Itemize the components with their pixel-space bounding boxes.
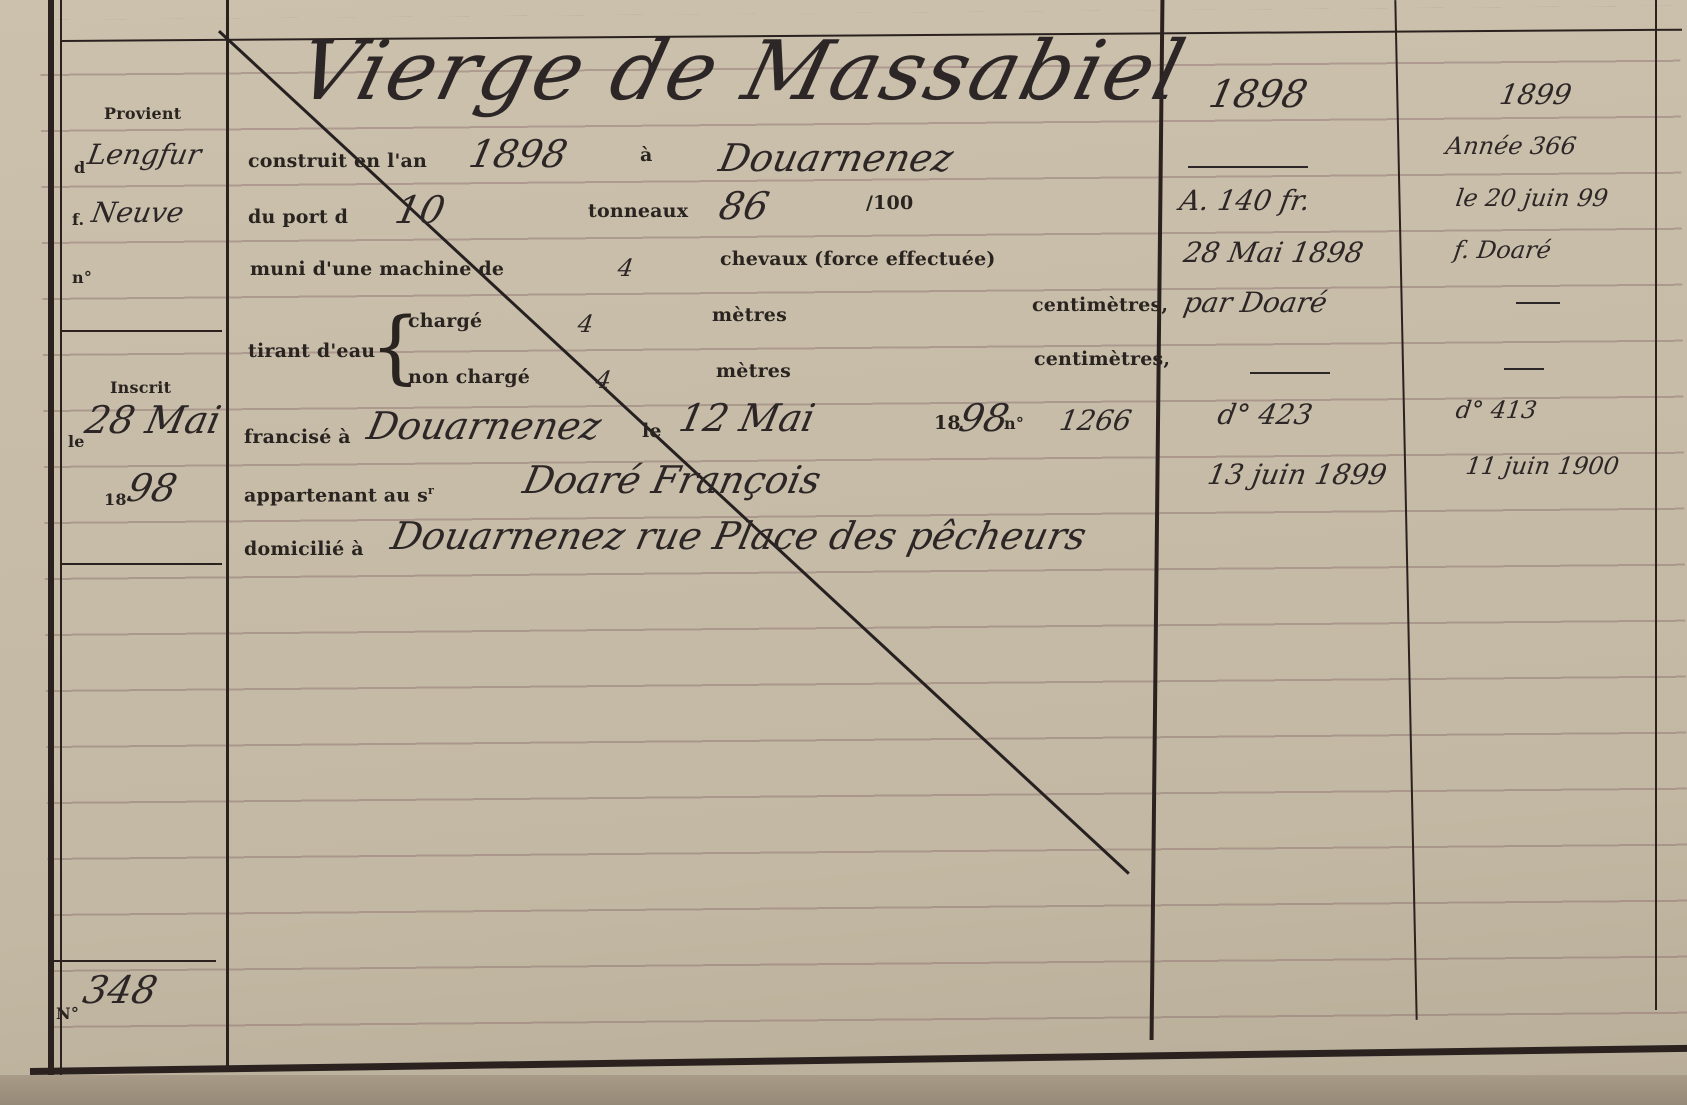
provient-d-prefix: d	[74, 158, 85, 177]
tirant-label: tirant d'eau	[248, 340, 375, 362]
charge-unit-centimetres: centimètres,	[1032, 294, 1168, 316]
chevaux-label: chevaux (force effectuée)	[720, 248, 996, 270]
inner-border-left	[60, 0, 62, 1075]
ledger-page: Provient d Lengfur f. Neuve n° Inscrit l…	[0, 0, 1687, 1105]
provient-n-prefix: n°	[72, 268, 92, 287]
construit-year: 1898	[465, 132, 571, 176]
page-edge-shadow	[0, 1075, 1687, 1105]
provient-d-value: Lengfur	[85, 138, 204, 171]
domicile-label: domicilié à	[244, 538, 364, 560]
francise-le-label: le	[642, 420, 662, 442]
column-1898-flourish	[1188, 166, 1308, 168]
column-1899-year: 1899	[1497, 78, 1574, 111]
left-section-rule-2	[62, 563, 222, 565]
inscrit-date: 28 Mai	[81, 398, 225, 442]
column-1899-line-4: d° 413	[1454, 396, 1539, 424]
tonneaux-value: 86	[715, 184, 773, 228]
provient-f-prefix: f.	[72, 210, 84, 229]
column-1898-line-2: 28 Mai 1898	[1181, 236, 1366, 269]
domicile-value: Douarnenez rue Place des pêcheurs	[387, 514, 1090, 558]
inscrit-label: Inscrit	[110, 378, 171, 397]
tonneaux-label: tonneaux	[588, 200, 688, 222]
column-1898-line-1: A. 140 fr.	[1177, 184, 1313, 217]
francise-date: 12 Mai	[675, 396, 819, 440]
number-prefix: N°	[56, 1004, 79, 1023]
port-label: du port d	[248, 206, 348, 228]
francise-label: francisé à	[244, 426, 351, 448]
francise-no-prefix: n°	[1004, 414, 1024, 433]
column-1899-dash-1	[1516, 302, 1560, 304]
column-1898-year: 1898	[1205, 72, 1311, 116]
francise-no-value: 1266	[1057, 404, 1134, 437]
column-1899-line-1: Année 366	[1444, 132, 1578, 160]
column-divider-4	[1655, 0, 1657, 1010]
column-1899-line-5: 11 juin 1900	[1464, 452, 1621, 480]
column-divider-1	[226, 0, 229, 1070]
machine-label: muni d'une machine de	[250, 258, 504, 280]
left-section-rule-1	[62, 330, 222, 332]
port-value: 10	[391, 188, 449, 232]
column-1898-line-3: par Doaré	[1181, 286, 1330, 319]
provient-label: Provient	[104, 104, 181, 123]
number-value: 348	[79, 968, 161, 1012]
non-charge-label: non chargé	[408, 366, 530, 388]
non-charge-unit-metres: mètres	[716, 360, 791, 382]
non-charge-unit-centimetres: centimètres,	[1034, 348, 1170, 370]
column-1899-line-2: le 20 juin 99	[1454, 184, 1610, 212]
column-1899-dash-2	[1504, 368, 1544, 370]
provient-f-value: Neuve	[89, 196, 186, 229]
construit-label: construit en l'an	[248, 150, 427, 172]
column-1898-separator	[1250, 372, 1330, 374]
inscrit-year-suffix: 98	[123, 466, 181, 510]
charge-unit-metres: mètres	[712, 304, 787, 326]
construit-place: Douarnenez	[715, 136, 957, 180]
appartenant-label: appartenant au sr	[244, 484, 434, 506]
column-1898-line-4: d° 423	[1215, 398, 1315, 431]
appartenant-label-text: appartenant au s	[244, 484, 428, 506]
francise-place: Douarnenez	[363, 404, 605, 448]
charge-label: chargé	[408, 310, 482, 332]
column-1899-line-3: f. Doaré	[1452, 236, 1553, 264]
owner-name: Doaré François	[519, 458, 825, 502]
column-1898-line-5: 13 juin 1899	[1205, 458, 1389, 491]
vessel-name: Vierge de Massabiel	[288, 24, 1195, 119]
tonneaux-suffix: /100	[866, 192, 913, 214]
outer-border-left	[48, 0, 54, 1080]
construit-a-label: à	[640, 144, 653, 166]
number-underline	[48, 960, 216, 962]
appartenant-label-sup: r	[428, 484, 434, 497]
